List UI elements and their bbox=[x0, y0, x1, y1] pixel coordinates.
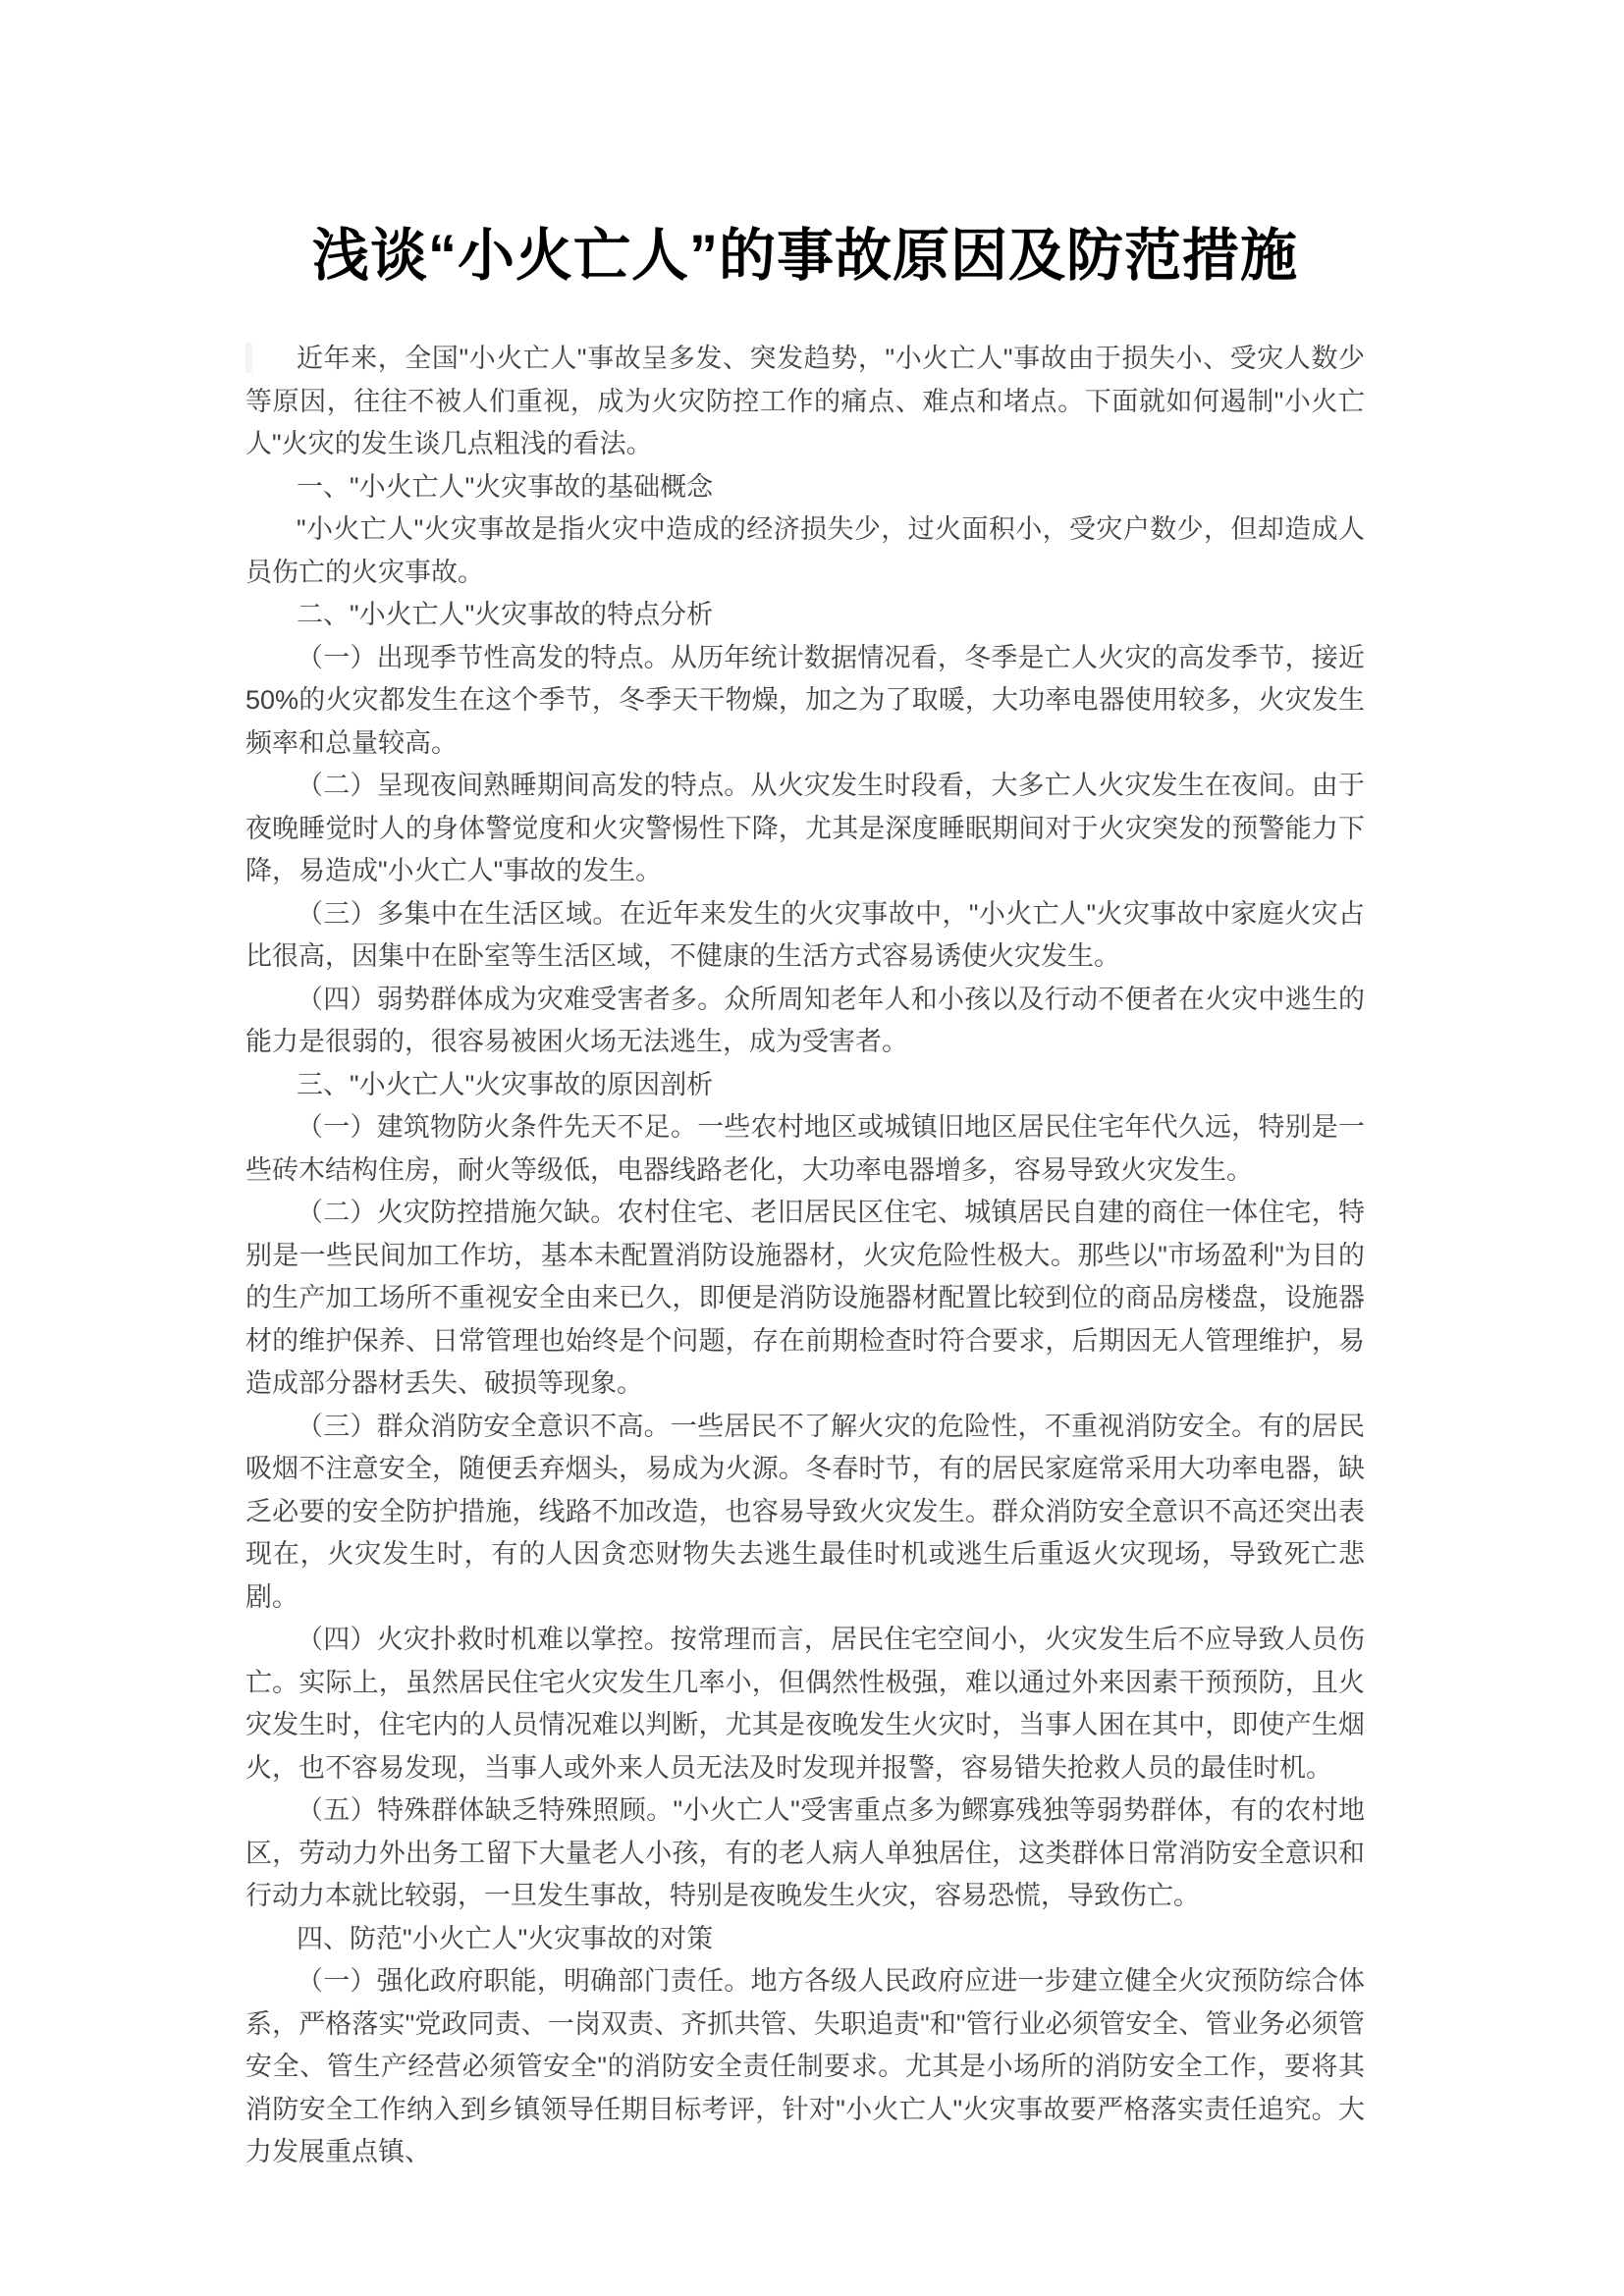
paragraph: （四）弱势群体成为灾难受害者多。众所周知老年人和小孩以及行动不便者在火灾中逃生的… bbox=[245, 979, 1365, 1064]
document-content: 浅谈“小火亡人”的事故原因及防范措施 近年来，全国"小火亡人"事故呈多发、突发趋… bbox=[0, 0, 1624, 2174]
paragraph-intro: 近年来，全国"小火亡人"事故呈多发、突发趋势，"小火亡人"事故由于损失小、受灾人… bbox=[245, 338, 1365, 466]
document-body: 近年来，全国"小火亡人"事故呈多发、突发趋势，"小火亡人"事故由于损失小、受灾人… bbox=[245, 338, 1365, 2174]
paragraph: （四）火灾扑救时机难以掌控。按常理而言，居民住宅空间小，火灾发生后不应导致人员伤… bbox=[245, 1619, 1365, 1789]
document-title: 浅谈“小火亡人”的事故原因及防范措施 bbox=[245, 224, 1365, 289]
paragraph: （一）建筑物防火条件先天不足。一些农村地区或城镇旧地区居民住宅年代久远，特别是一… bbox=[245, 1106, 1365, 1192]
paragraph: （一）出现季节性高发的特点。从历年统计数据情况看，冬季是亡人火灾的高发季节，接近… bbox=[245, 637, 1365, 766]
paragraph: "小火亡人"火灾事故是指火灾中造成的经济损失少，过火面积小，受灾户数少，但却造成… bbox=[245, 508, 1365, 594]
paragraph: （二）火灾防控措施欠缺。农村住宅、老旧居民区住宅、城镇居民自建的商住一体住宅，特… bbox=[245, 1192, 1365, 1406]
document-page: 浅谈“小火亡人”的事故原因及防范措施 近年来，全国"小火亡人"事故呈多发、突发趋… bbox=[0, 0, 1624, 2296]
text-cursor-marker bbox=[245, 343, 252, 373]
paragraph: （三）群众消防安全意识不高。一些居民不了解火灾的危险性，不重视消防安全。有的居民… bbox=[245, 1406, 1365, 1620]
section-heading-1: 一、"小火亡人"火灾事故的基础概念 bbox=[245, 466, 1365, 509]
section-heading-2: 二、"小火亡人"火灾事故的特点分析 bbox=[245, 594, 1365, 637]
paragraph: （三）多集中在生活区域。在近年来发生的火灾事故中，"小火亡人"火灾事故中家庭火灾… bbox=[245, 893, 1365, 979]
paragraph: （一）强化政府职能，明确部门责任。地方各级人民政府应进一步建立健全火灾预防综合体… bbox=[245, 1960, 1365, 2174]
section-heading-3: 三、"小火亡人"火灾事故的原因剖析 bbox=[245, 1064, 1365, 1107]
section-heading-4: 四、防范"小火亡人"火灾事故的对策 bbox=[245, 1918, 1365, 1961]
paragraph: （五）特殊群体缺乏特殊照顾。"小火亡人"受害重点多为鳏寡残独等弱势群体，有的农村… bbox=[245, 1789, 1365, 1918]
paragraph: （二）呈现夜间熟睡期间高发的特点。从火灾发生时段看，大多亡人火灾发生在夜间。由于… bbox=[245, 765, 1365, 893]
